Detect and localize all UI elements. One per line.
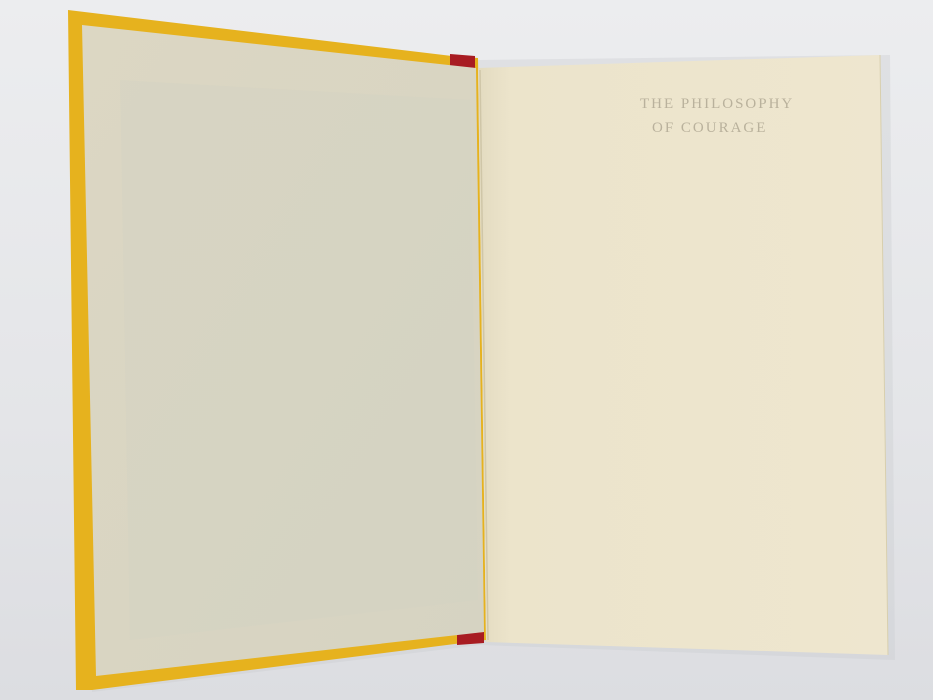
half-title-page bbox=[478, 55, 888, 655]
endpaper-shading bbox=[120, 80, 478, 640]
half-title-line1: THE PHILOSOPHY bbox=[640, 96, 794, 113]
half-title-line2: OF COURAGE bbox=[652, 120, 767, 137]
